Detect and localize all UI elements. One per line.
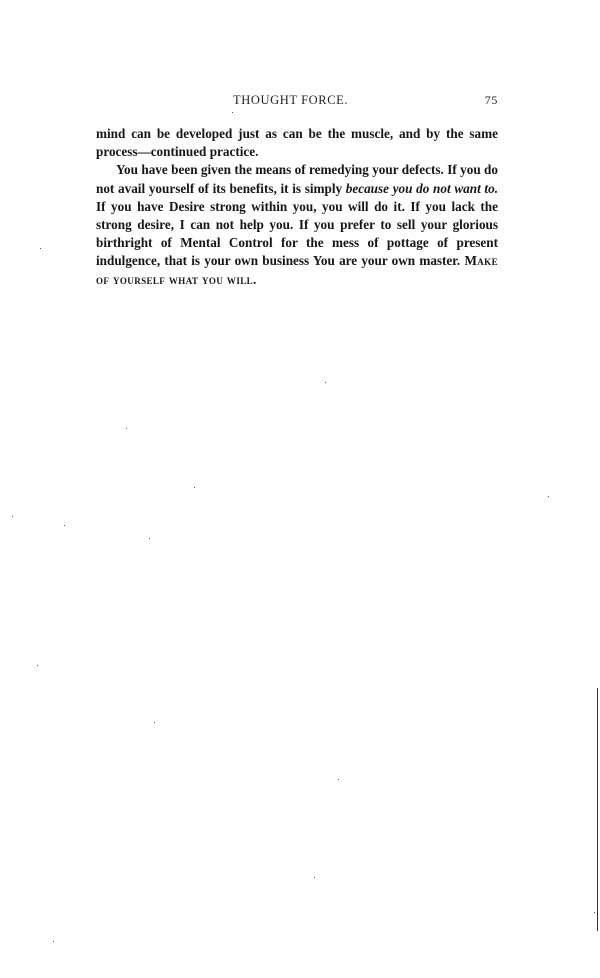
scan-speck [154,722,155,723]
scan-speck [548,496,549,497]
scan-speck [149,538,150,539]
scan-speck [594,912,595,913]
scan-speck [338,779,339,780]
paragraph-2-text-b: If you have Desire strong within you, yo… [96,199,498,269]
paragraph-1: mind can be developed just as can be the… [96,125,498,161]
page-number: 75 [485,93,498,108]
running-title: THOUGHT FORCE. [233,93,348,108]
book-page: THOUGHT FORCE. 75 mind can be developed … [0,0,600,978]
scan-speck [40,248,41,249]
scan-speck [325,382,326,383]
paragraph-2-italic: because you do not want to. [346,181,498,196]
page-edge-line [597,688,598,931]
scan-speck [64,525,65,526]
scan-speck [37,665,38,666]
scan-speck [12,516,13,517]
scan-speck [314,877,315,878]
scan-speck [53,941,54,942]
scan-speck [126,428,127,429]
body-text: mind can be developed just as can be the… [96,125,498,289]
paragraph-2: You have been given the means of remedyi… [96,161,498,288]
scan-speck [232,112,233,113]
running-head: THOUGHT FORCE. 75 [96,93,498,111]
scan-speck [194,487,195,488]
